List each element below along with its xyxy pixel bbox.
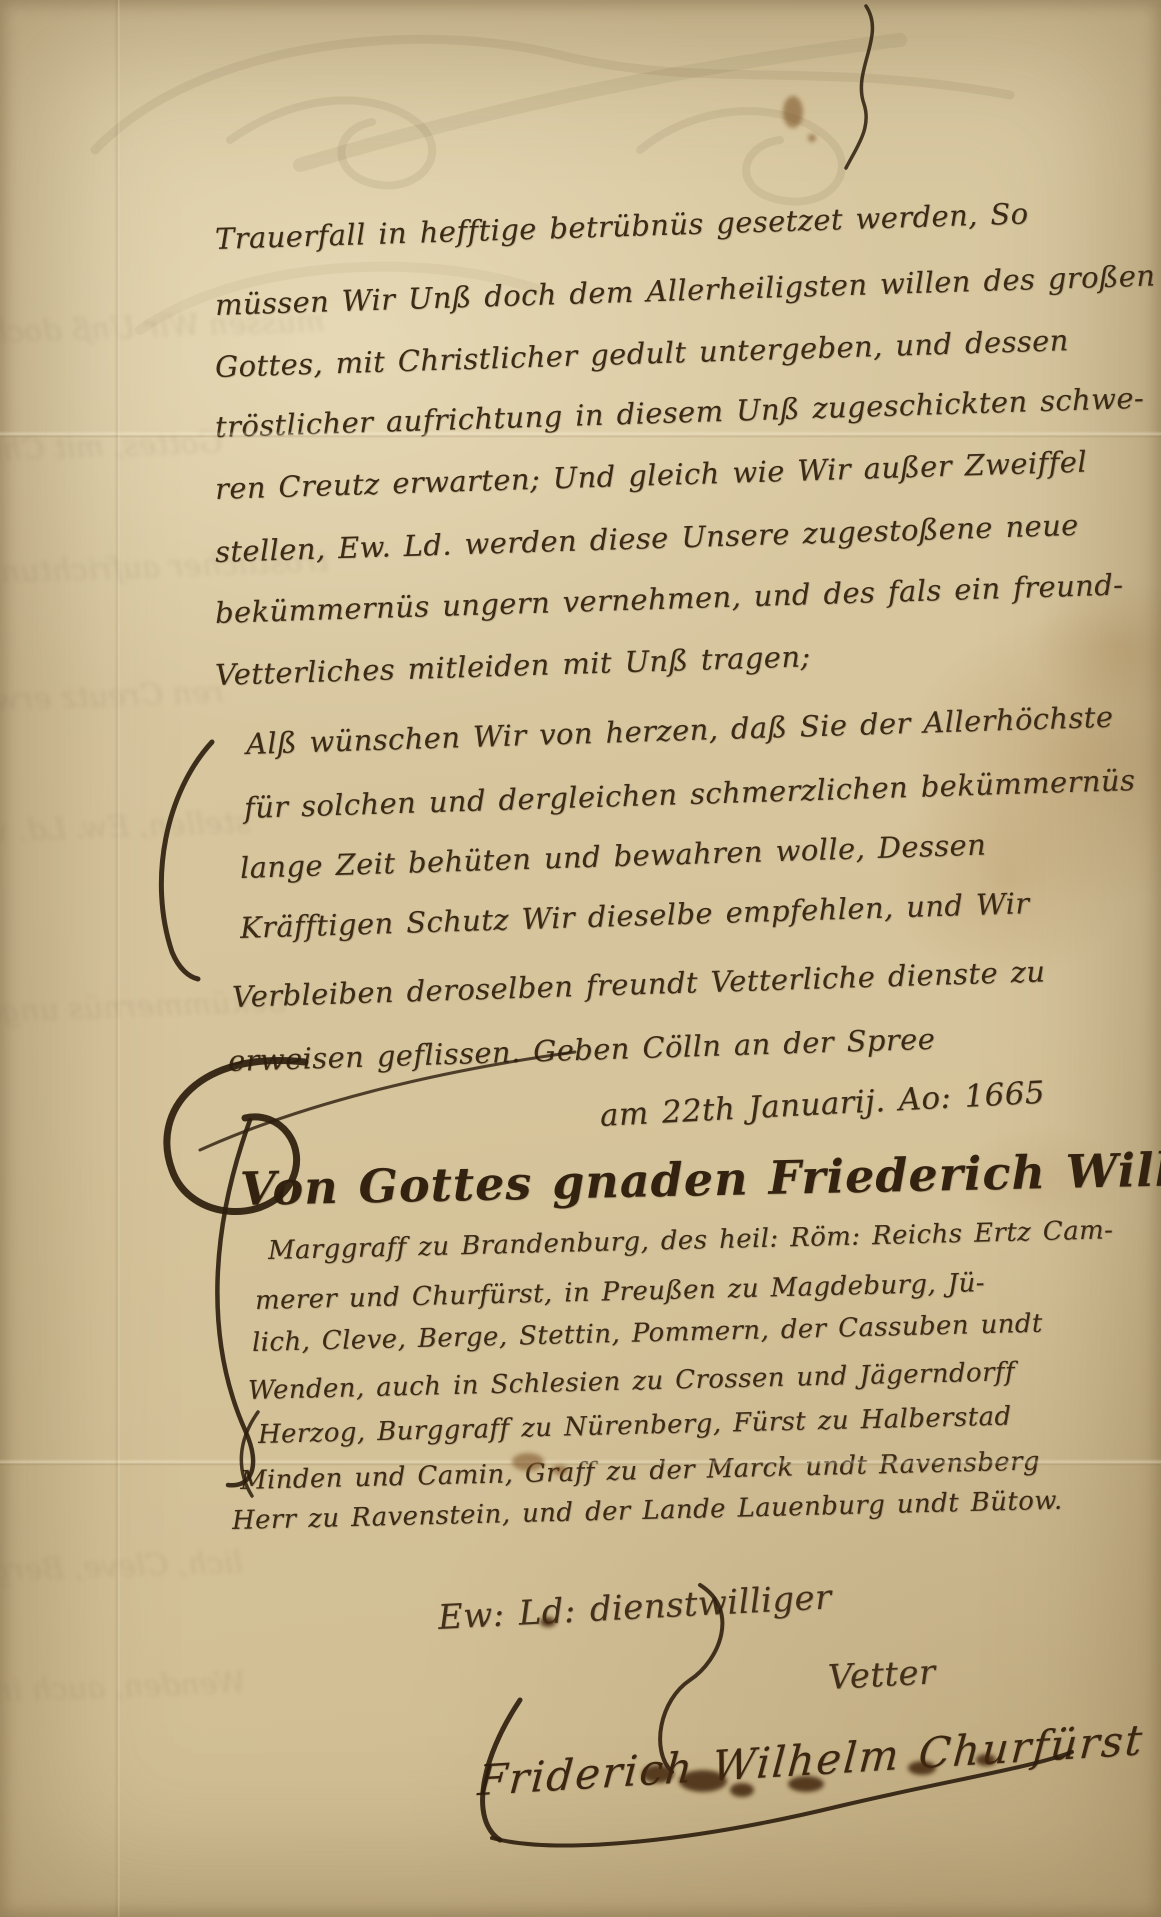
titles-line: Marggraff zu Brandenburg, des heil: Röm:… — [268, 1215, 1114, 1266]
titles-line: Herzog, Burggraff zu Nürenberg, Fürst zu… — [258, 1402, 1012, 1450]
body-line: ren Creutz erwarten; Und gleich wie Wir … — [214, 445, 1087, 506]
manuscript-page: müssen Wir Unß doch dem Allerheiligsten … — [0, 0, 1161, 1917]
body-line: Verbleiben deroselben freundt Vetterlich… — [231, 954, 1045, 1014]
vertical-fold-crease — [114, 0, 120, 1917]
body-line: müssen Wir Unß doch dem Allerheiligsten … — [214, 258, 1155, 322]
paragraph-paren-flourish — [161, 742, 212, 979]
ghost-line: Wenden, auch in Schlesien zu Crossen und… — [0, 1665, 246, 1729]
closing-line-1: Ew: Ld: dienstwilliger — [437, 1577, 833, 1638]
flourish-sweep — [95, 39, 1010, 150]
body-line: tröstlicher aufrichtung in diesem Unß zu… — [214, 381, 1144, 444]
body-line: bekümmernüs ungern vernehmen, und des fa… — [214, 567, 1123, 630]
body-line: Trauerfall in hefftige betrübnüs gesetze… — [214, 196, 1028, 256]
titles-line: Wenden, auch in Schlesien zu Crossen und… — [248, 1357, 1016, 1406]
stain-spot — [783, 96, 803, 128]
flourish-loop-right — [640, 111, 842, 201]
dateline: am 22th Januarij. Ao: 1665 — [599, 1075, 1046, 1134]
body-line: für solchen und dergleichen schmerzliche… — [243, 763, 1135, 825]
flourish-diagonal — [300, 40, 900, 165]
titles-line: merer und Churfürst, in Preußen zu Magde… — [255, 1268, 986, 1316]
body-line: erweisen geflissen. Geben Cölln an der S… — [227, 1022, 935, 1078]
body-line: Gottes, mit Christlicher gedult untergeb… — [214, 323, 1069, 384]
letter-heading: Von Gottes gnaden Friederich Wilhelm — [239, 1140, 1161, 1216]
body-line: stellen, Ew. Ld. werden diese Unsere zug… — [214, 508, 1079, 569]
body-line: Kräfftigen Schutz Wir dieselbe empfehlen… — [239, 886, 1030, 945]
ghost-line: ren Creutz erwarten; Und gleich wie Wir … — [0, 675, 225, 740]
titles-line: Herr zu Ravenstein, und der Lande Lauenb… — [232, 1486, 1063, 1536]
body-line: Vetterliches mitleiden mit Unß tragen; — [214, 639, 811, 692]
flourish-loop-left — [230, 100, 432, 185]
ghost-line: stellen, Ew. Ld. werden diese Unsere zug… — [0, 805, 251, 870]
titles-line: lich, Cleve, Berge, Stettin, Pommern, de… — [252, 1309, 1043, 1358]
stain-spot — [808, 134, 816, 142]
closing-line-2: Vetter — [827, 1652, 937, 1698]
body-line: Alß wünschen Wir von herzen, daß Sie der… — [245, 700, 1113, 761]
ghost-line: Gottes, mit Christlicher gedult untergeb… — [0, 425, 223, 489]
top-right-ink-squiggle — [846, 6, 872, 168]
body-line: lange Zeit behüten und bewahren wolle, D… — [239, 828, 986, 885]
ghost-line: lich, Cleve, Berge, Stettin, Pommern, de… — [0, 1545, 243, 1610]
signature: Friderich Wilhelm Churfürst — [476, 1715, 1146, 1805]
